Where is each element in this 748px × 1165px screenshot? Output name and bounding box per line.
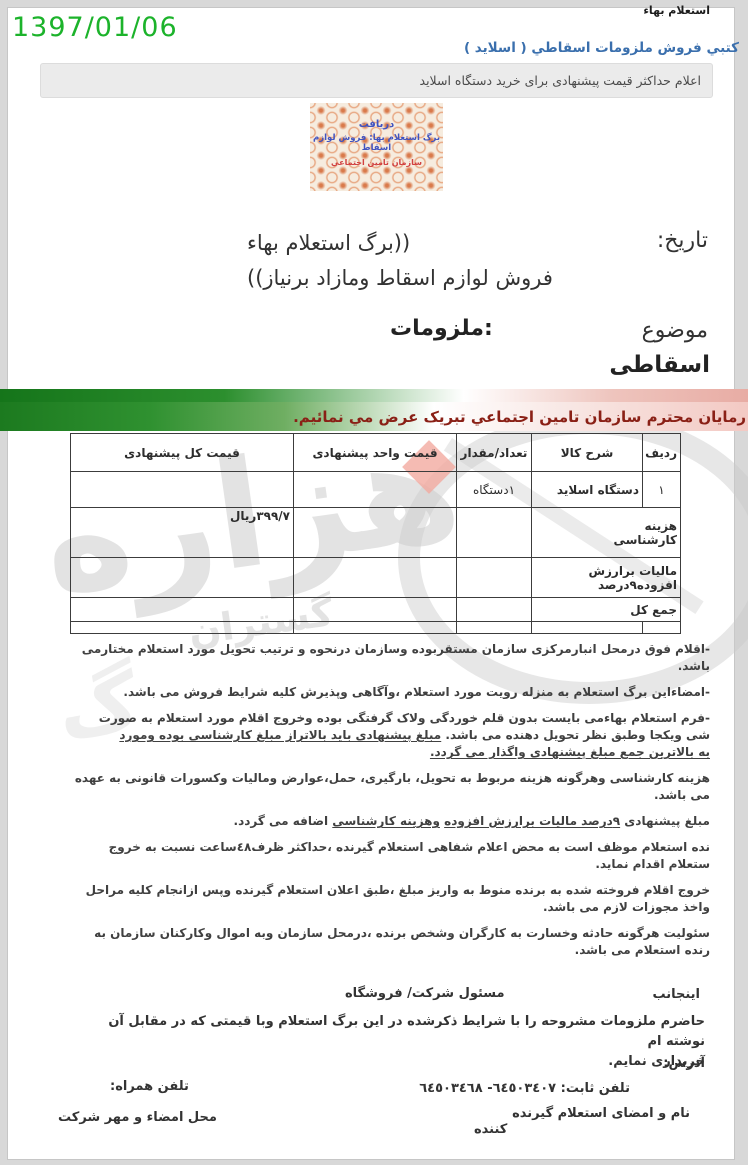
note-paragraph: نده استعلام موظف است به محض اعلام شفاهى … [60,839,710,873]
col-header-qty: تعداد/مقدار [457,434,532,472]
table-row-vat: ماليات برارزش افزوده٩درصد [71,558,681,598]
stamp-line3: سازمان تامين اجتماعي [310,158,443,167]
item-row-desc: دستگاه اسلايد [532,472,643,508]
applicant-label: اينجانب [652,987,700,1002]
expert-fee-label-line1: هزينه [645,519,677,533]
item-row-no: ١ [643,472,681,508]
vat-qty [457,558,532,598]
receiver-sign-line2: كننده [474,1122,690,1137]
stamp-line1: دريافت [310,119,443,130]
note-paragraph: مبلغ پيشنهادى ٩درصد ماليات برارزش افزوده… [60,813,710,830]
col-header-total-price: قيمت كل پيشنهادى [71,434,294,472]
grand-total-unit-price [294,598,457,622]
issue-date: 1397/01/06 [12,12,178,43]
expert-fee-label-line2: كارشناسى [613,533,677,547]
subject-label: موضوع [642,318,708,343]
subject-value-2: اسقاطى [609,352,710,378]
banner-top-strip [0,389,748,402]
col-header-row-no: رديف [643,434,681,472]
vat-label: ماليات برارزش افزوده٩درصد [532,558,681,598]
phone-mobile-label: تلفن همراه: [110,1079,189,1094]
banner-text: رمايان محترم سازمان تامين اجتماعي تبريک … [293,408,746,426]
item-row-total-price [71,472,294,508]
date-label: تاريخ: [657,228,708,253]
expert-fee-unit-price [294,508,457,558]
grand-total-label: جمع كل [532,598,681,622]
note-paragraph: هزينه كارشناسى وهرگونه هزينه مربوط به تح… [60,770,710,804]
vat-unit-price [294,558,457,598]
doc-type-label: استعلام بهاء [643,4,710,17]
phone-fixed: تلفن ثابت: ٦٤٥٠٣٤٠٧- ٦٤٥٠٣٤٦٨ [419,1081,630,1096]
subject-value: :ملزومات [390,316,493,341]
table-row-grand-total: جمع كل [71,598,681,622]
note-paragraph: -فرم استعلام بهاءمى بايست بدون قلم خوردگ… [60,710,710,761]
terms-notes: -اقلام فوق درمحل انبارمركزى سازمان مستقر… [60,641,710,968]
item-row-unit-price [294,472,457,508]
manager-label: مسئول شركت/ فروشگاه [345,986,505,1001]
notice-text: اعلام حداكثر قيمت پيشنهادى براى خريد دست… [420,73,712,88]
form-title-line2: فروش لوازم اسقاط ومازاد برنياز)) [247,266,553,290]
expert-fee-label: هزينه كارشناسى [532,508,681,558]
vat-label-line2: افزوده٩درصد [598,578,677,592]
grand-total-total [71,598,294,622]
note-paragraph: خروج اقلام فروخته شده به برنده منوط به و… [60,882,710,916]
vat-label-line1: ماليات برارزش [588,564,677,578]
receiver-signature-block: نام و امضاى استعلام گيرنده كننده [474,1106,690,1137]
congratulation-banner: رمايان محترم سازمان تامين اجتماعي تبريک … [0,389,748,431]
note-paragraph: -اقلام فوق درمحل انبارمركزى سازمان مستقر… [60,641,710,675]
col-header-unit-price: قيمت واحد پيشنهادى [294,434,457,472]
col-header-item-desc: شرح كالا [532,434,643,472]
receipt-stamp: دريافت برگ استعلام بها: فروش لوازم اسقاط… [310,103,443,191]
company-seal-label: محل امضاء و مهر شركت [58,1110,217,1125]
expert-fee-qty [457,508,532,558]
notice-bar: اعلام حداكثر قيمت پيشنهادى براى خريد دست… [40,63,713,98]
table-row-item: ١ دستگاه اسلايد ١دستگاه [71,472,681,508]
item-row-qty: ١دستگاه [457,472,532,508]
table-row-empty [71,622,681,634]
form-title-line1: ((برگ استعلام بهاء [247,231,410,255]
receiver-sign-line1: نام و امضاى استعلام گيرنده [474,1106,690,1121]
stamp-line2: برگ استعلام بها: فروش لوازم اسقاط [310,133,443,153]
scanned-inquiry-document: { "colors": { "date_green": "#1cb32b", "… [0,0,748,1165]
address-label: آدرس: [663,1056,705,1071]
grand-total-qty [457,598,532,622]
purchase-statement: حاضرم ملزومات مشروحه را با شرايط ذكرشده … [65,1012,705,1072]
expert-fee-total: ٣٩٩/٧ريال [71,508,294,558]
note-paragraph: -امضاءاين برگ استعلام به منزله رويت مورد… [60,684,710,701]
note-paragraph: سئوليت هرگونه حادثه وخسارت به كارگران وش… [60,925,710,959]
doc-title: كتبي فروش ملزومات اسقاطي ( اسلايد ) [464,40,739,56]
vat-total [71,558,294,598]
table-row-expert-fee: هزينه كارشناسى ٣٩٩/٧ريال [71,508,681,558]
items-table: رديف شرح كالا تعداد/مقدار قيمت واحد پيشن… [70,433,681,634]
table-header-row: رديف شرح كالا تعداد/مقدار قيمت واحد پيشن… [71,434,681,472]
form-title: ((برگ استعلام بهاء فروش لوازم اسقاط وماز… [247,226,563,296]
